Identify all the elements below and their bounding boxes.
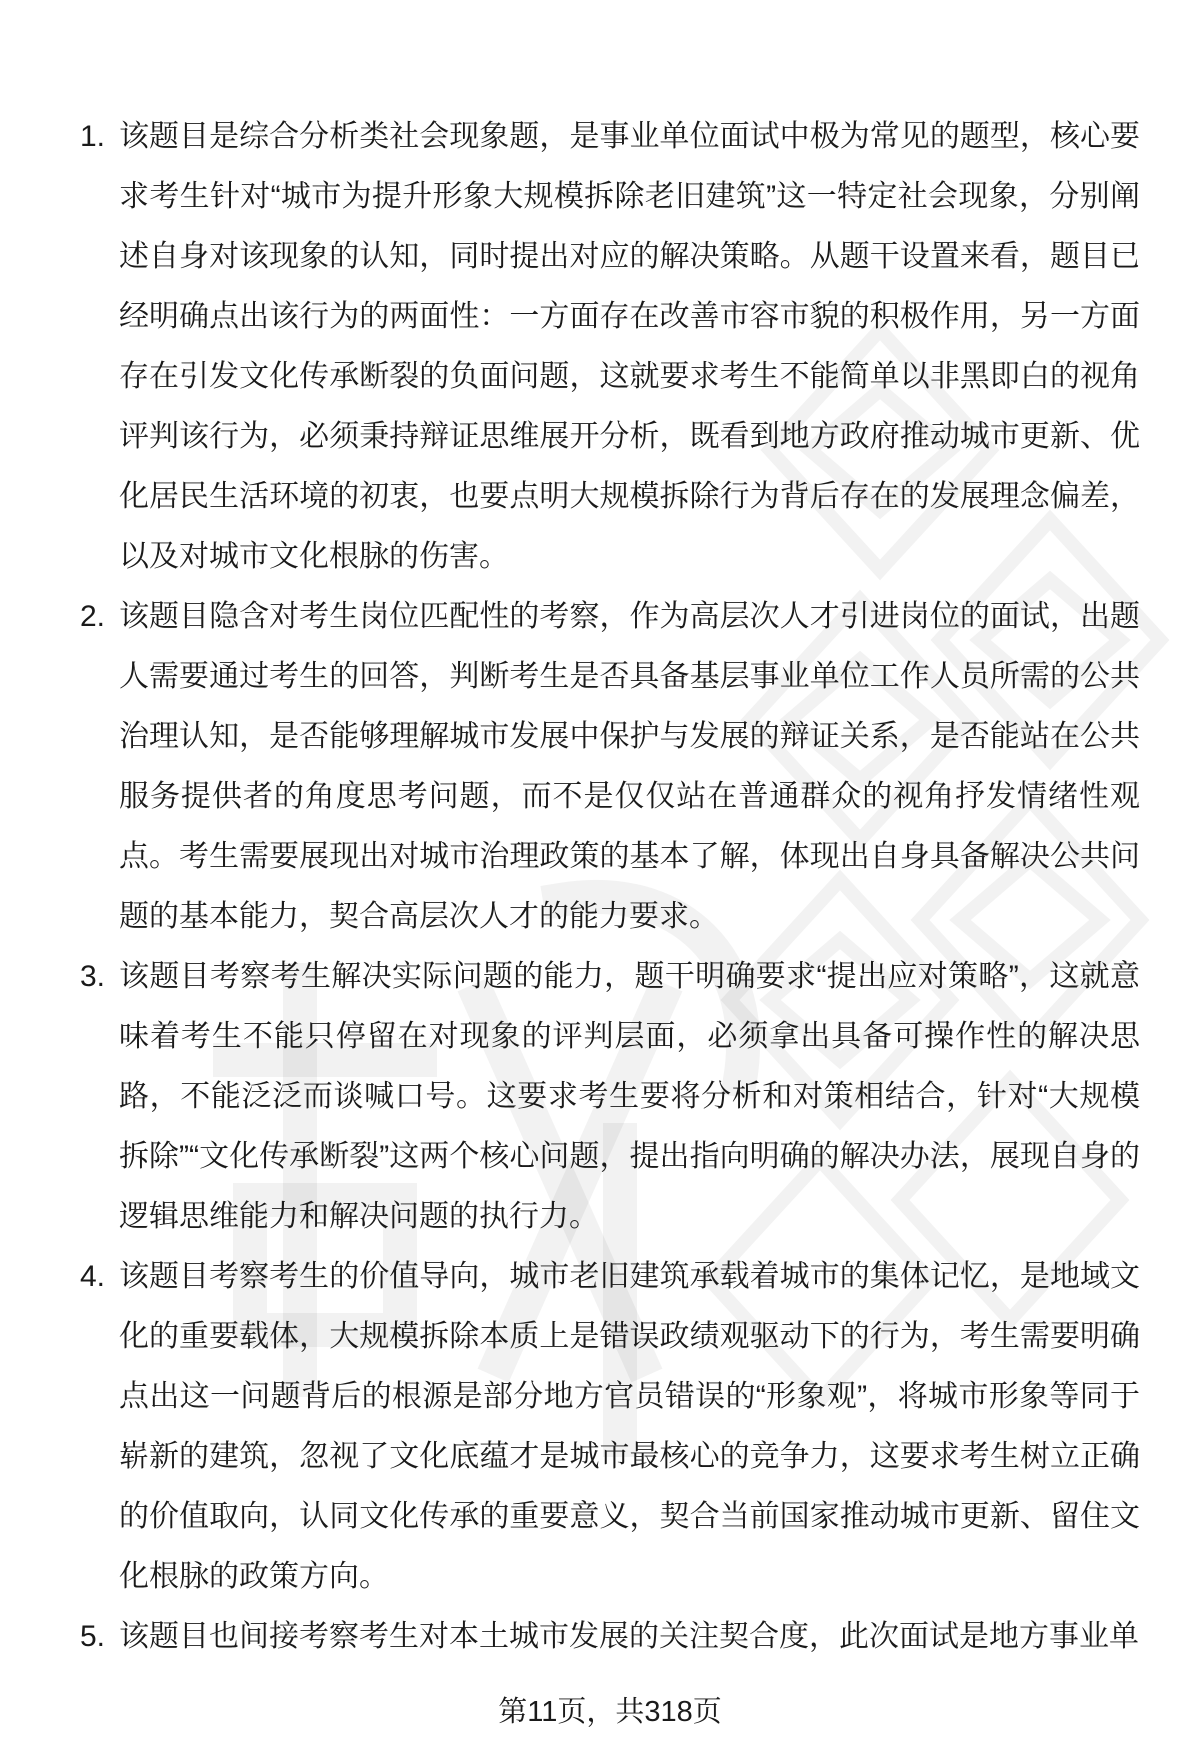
item-number: 3. — [80, 947, 119, 1007]
item-text: 该题目隐含对考生岗位匹配性的考察，作为高层次人才引进岗位的面试，出题人需要通过考… — [119, 587, 1140, 947]
item-text: 该题目考察考生解决实际问题的能力，题干明确要求“提出应对策略”，这就意味着考生不… — [119, 947, 1140, 1247]
list-item: 2. 该题目隐含对考生岗位匹配性的考察，作为高层次人才引进岗位的面试，出题人需要… — [80, 587, 1140, 947]
document-page: 1. 该题目是综合分析类社会现象题，是事业单位面试中极为常见的题型，核心要求考生… — [80, 107, 1140, 1667]
item-number: 2. — [80, 587, 119, 647]
item-text: 该题目考察考生的价值导向，城市老旧建筑承载着城市的集体记忆，是地域文化的重要载体… — [119, 1247, 1140, 1607]
list-item: 4. 该题目考察考生的价值导向，城市老旧建筑承载着城市的集体记忆，是地域文化的重… — [80, 1247, 1140, 1607]
item-number: 4. — [80, 1247, 119, 1307]
list-item: 3. 该题目考察考生解决实际问题的能力，题干明确要求“提出应对策略”，这就意味着… — [80, 947, 1140, 1247]
item-text: 该题目也间接考察考生对本土城市发展的关注契合度，此次面试是地方事业单 — [119, 1607, 1140, 1667]
page-footer: 第11页，共318页 — [80, 1682, 1140, 1742]
item-text: 该题目是综合分析类社会现象题，是事业单位面试中极为常见的题型，核心要求考生针对“… — [119, 107, 1140, 587]
list-item: 5. 该题目也间接考察考生对本土城市发展的关注契合度，此次面试是地方事业单 — [80, 1607, 1140, 1667]
item-number: 5. — [80, 1607, 119, 1667]
list-item: 1. 该题目是综合分析类社会现象题，是事业单位面试中极为常见的题型，核心要求考生… — [80, 107, 1140, 587]
item-number: 1. — [80, 107, 119, 167]
